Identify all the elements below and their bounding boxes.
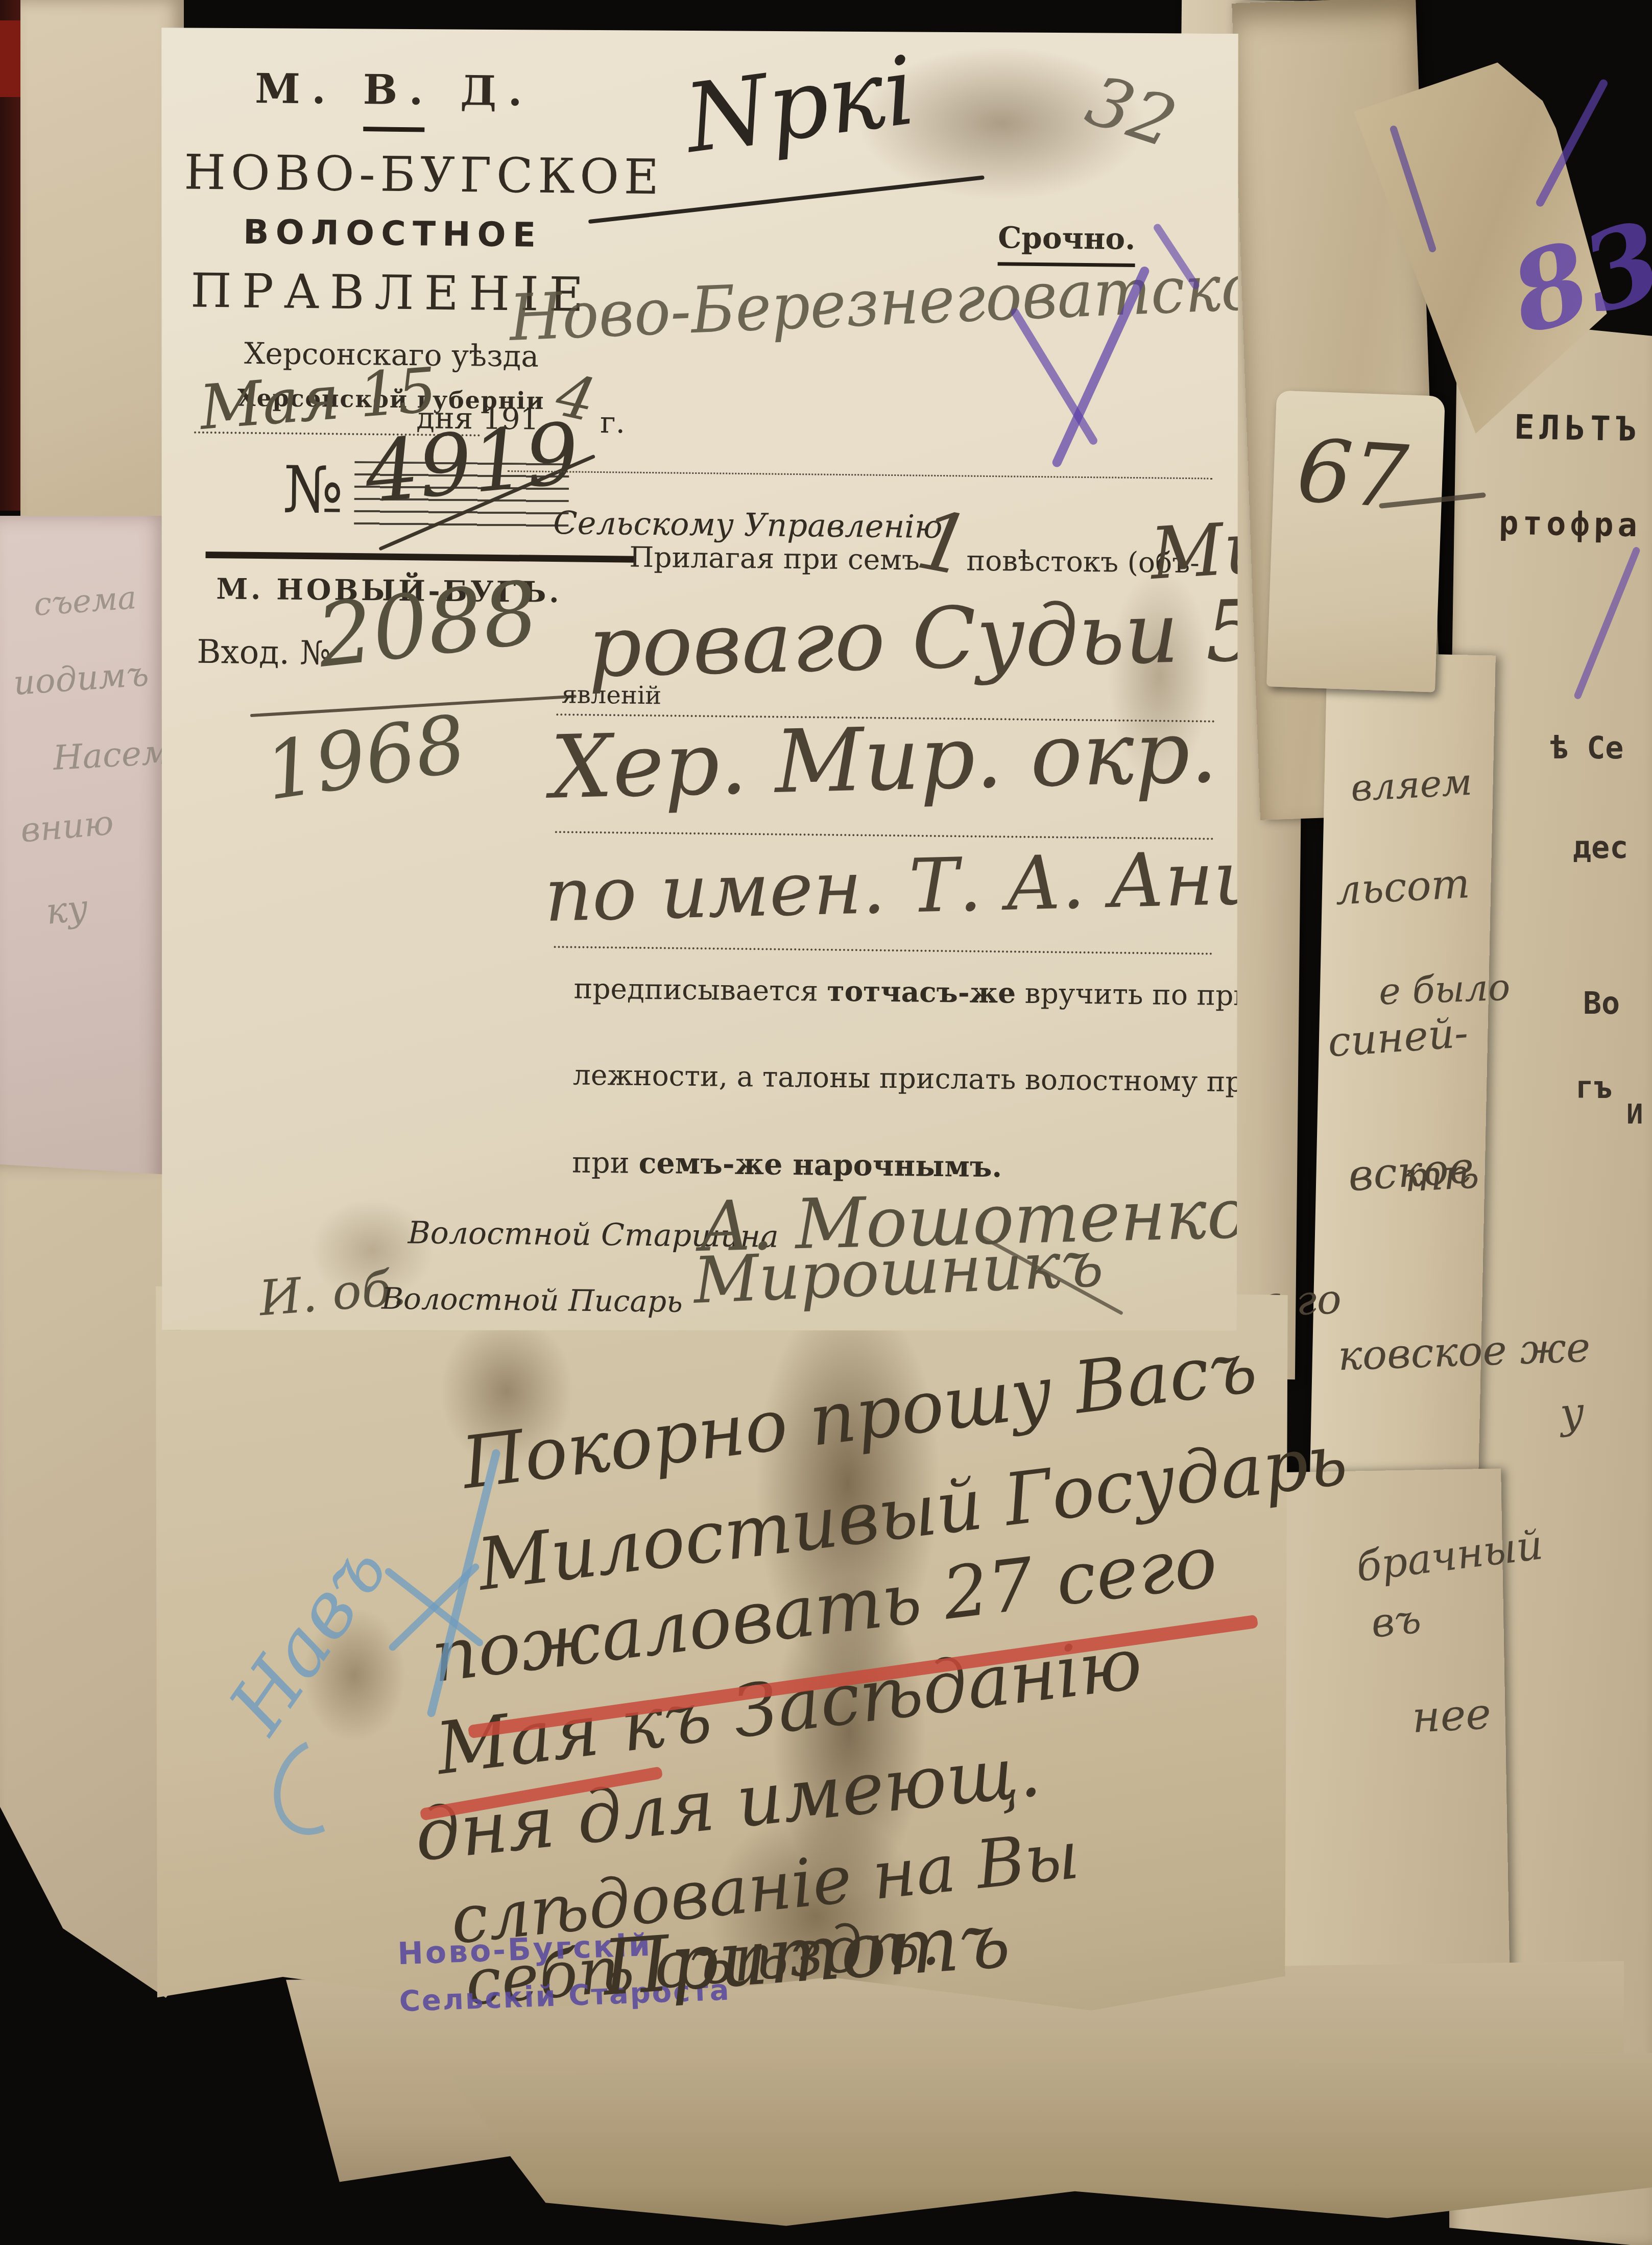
typed-fragment: ЕЛЬТЪ	[1514, 408, 1641, 449]
letterhead-ministry: М. В. Д.	[185, 63, 604, 116]
hand-fragment: ковское же	[1337, 1323, 1591, 1379]
pisar-label: Волостной Писарь	[381, 1281, 683, 1319]
body-line5-b: тотчасъ-же	[827, 974, 1016, 1010]
date-suffix: г.	[600, 405, 626, 440]
hand-fragment: тѣ	[1403, 1150, 1480, 1201]
typed-fragment: ѣ Се	[1550, 730, 1624, 766]
typed-fragment: И	[1626, 1098, 1643, 1130]
incoming-label: Вход. №	[197, 633, 331, 673]
hand-fragment: у	[1559, 1388, 1586, 1438]
paper-left-pink	[0, 516, 169, 1231]
body-dotted-line	[554, 946, 1213, 955]
body-line5-a: предписывается	[573, 972, 818, 1008]
typed-fragment: гъ	[1575, 1070, 1612, 1106]
body-line5: предписывается тотчасъ-же вручить по при…	[573, 972, 1314, 1013]
addressee-printed: Сельскому Управленію	[553, 504, 943, 545]
addressee-dotted-line	[508, 470, 1212, 479]
letterhead-org-line1: НОВО-БУГСКОЕ	[184, 145, 603, 205]
incoming-year: 1968	[259, 697, 472, 818]
body-line7-a: при	[572, 1146, 630, 1180]
number-label: №	[282, 453, 344, 528]
left-fragment: съема	[33, 579, 138, 623]
left-fragment: Насем	[52, 732, 170, 778]
main-document: М. В. Д. НОВО-БУГСКОЕ ВОЛОСТНОЕ ПРАВЛЕНІ…	[141, 22, 1251, 1341]
body-line1-printed: Прилагая при семъ	[629, 541, 920, 577]
body-line7: при семъ-же нарочнымъ.	[572, 1145, 1002, 1184]
paper-top-left	[20, 0, 184, 552]
typed-fragment: Во	[1583, 986, 1620, 1021]
left-fragment: внию	[19, 803, 115, 850]
letterhead-rule-small	[363, 127, 424, 132]
header-flourish: Nркі	[679, 35, 921, 174]
hand-fragment: льсот	[1334, 859, 1471, 914]
hand-fragment: нее	[1411, 1688, 1493, 1742]
body-line3-handwritten: Хер. Мир. окр.	[549, 701, 1218, 819]
hand-fragment: въ	[1369, 1596, 1423, 1647]
letterhead-org-line2: ВОЛОСТНОЕ	[183, 211, 603, 255]
hand-fragment: вляем	[1350, 760, 1473, 809]
left-fragment: ку	[44, 887, 90, 933]
hand-fragment: е было	[1378, 966, 1511, 1013]
body-line7-b: семъ-же нарочнымъ.	[638, 1146, 1002, 1184]
letterhead-rule-thick	[205, 552, 634, 563]
body-count-handwritten: 1	[910, 491, 978, 595]
number-handwritten: 4919	[361, 404, 583, 522]
archive-photo: съема иодимъ Насем внию ку 67 ЕЛЬТЪ ртоф…	[0, 0, 1652, 2245]
tag-number: 67	[1294, 420, 1411, 529]
addressee-handwritten: Ново-Березнеговатскому	[508, 247, 1344, 355]
typed-fragment: ртофра	[1498, 505, 1641, 545]
typed-fragment: дес	[1573, 830, 1628, 866]
hand-fragment: синей-	[1326, 1009, 1470, 1066]
